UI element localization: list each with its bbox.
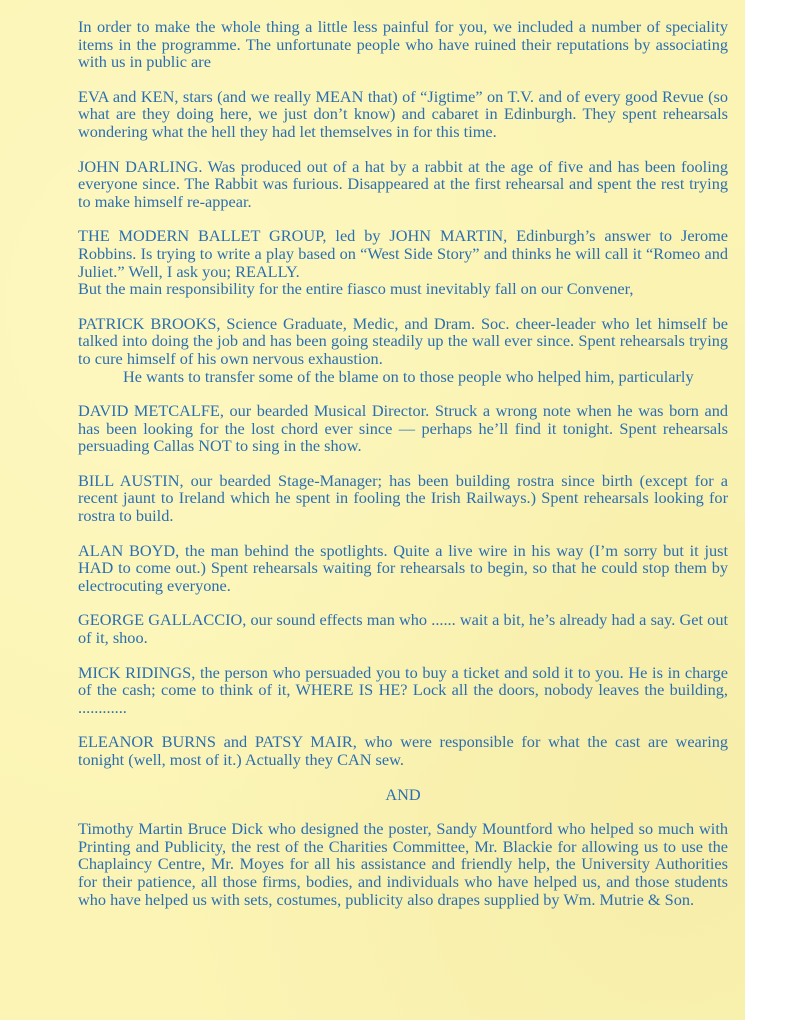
paragraph-david-metcalfe: DAVID METCALFE, our bearded Musical Dire… (78, 402, 728, 455)
paragraph-blame-transfer: He wants to transfer some of the blame o… (78, 368, 728, 386)
acknowledgements-paragraph: Timothy Martin Bruce Dick who designed t… (78, 820, 728, 908)
paragraph-john-darling: JOHN DARLING. Was produced out of a hat … (78, 158, 728, 211)
paragraph-patrick-brooks: PATRICK BROOKS, Science Graduate, Medic,… (78, 315, 728, 368)
paragraph-george-gallaccio: GEORGE GALLACCIO, our sound effects man … (78, 611, 728, 646)
paragraph-mick-ridings: MICK RIDINGS, the person who persuaded y… (78, 664, 728, 717)
paragraph-bill-austin: BILL AUSTIN, our bearded Stage-Manager; … (78, 472, 728, 525)
and-heading: AND (78, 786, 728, 804)
programme-text: In order to make the whole thing a littl… (78, 18, 728, 925)
paragraph-alan-boyd: ALAN BOYD, the man behind the spotlights… (78, 542, 728, 595)
paragraph-convener-intro: But the main responsibility for the enti… (78, 280, 728, 298)
programme-page: In order to make the whole thing a littl… (0, 0, 745, 1020)
paragraph-modern-ballet: THE MODERN BALLET GROUP, led by JOHN MAR… (78, 227, 728, 280)
paragraph-eva-ken: EVA and KEN, stars (and we really MEAN t… (78, 88, 728, 141)
intro-paragraph: In order to make the whole thing a littl… (78, 18, 728, 71)
paragraph-burns-mair: ELEANOR BURNS and PATSY MAIR, who were r… (78, 733, 728, 768)
